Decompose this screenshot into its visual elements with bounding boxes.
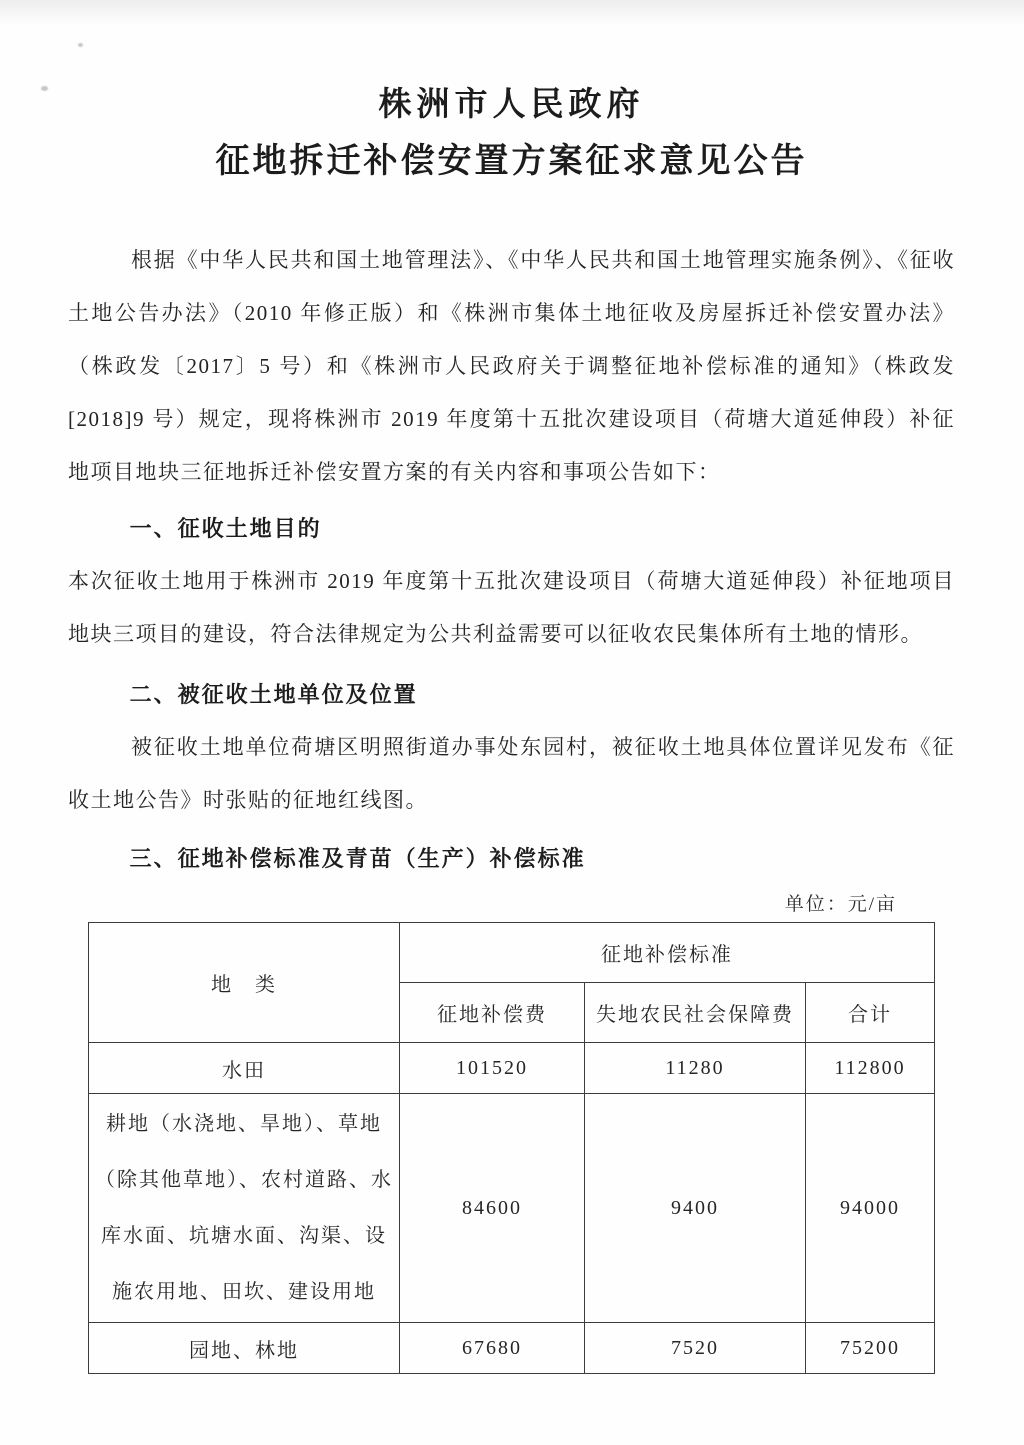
section3-heading: 三、征地补偿标准及青苗（生产）补偿标准 bbox=[68, 843, 955, 875]
header-col-total: 合计 bbox=[806, 983, 935, 1043]
table-row: 水田 101520 11280 112800 bbox=[89, 1043, 935, 1094]
header-group-label: 征地补偿标准 bbox=[400, 923, 935, 983]
section2-heading: 二、被征收土地单位及位置 bbox=[68, 679, 955, 711]
table-row: 耕地（水浇地、旱地）、草地（除其他草地）、农村道路、水库水面、坑塘水面、沟渠、设… bbox=[89, 1094, 935, 1323]
cell-land-type: 园地、林地 bbox=[89, 1323, 400, 1374]
cell-comp: 67680 bbox=[400, 1323, 585, 1374]
section1-heading: 一、征收土地目的 bbox=[68, 513, 955, 545]
cell-land-type: 耕地（水浇地、旱地）、草地（除其他草地）、农村道路、水库水面、坑塘水面、沟渠、设… bbox=[89, 1094, 400, 1323]
cell-total: 75200 bbox=[806, 1323, 935, 1374]
cell-total: 94000 bbox=[806, 1094, 935, 1323]
scan-shade bbox=[0, 0, 1024, 26]
doc-title-line1: 株洲市人民政府 bbox=[68, 82, 955, 128]
scan-speck bbox=[78, 43, 83, 47]
header-col-comp: 征地补偿费 bbox=[400, 983, 585, 1043]
cell-land-type: 水田 bbox=[89, 1043, 400, 1094]
section1-body: 本次征收土地用于株洲市 2019 年度第十五批次建设项目（荷塘大道延伸段）补征地… bbox=[68, 555, 955, 661]
cell-social: 9400 bbox=[585, 1094, 806, 1323]
table-row: 园地、林地 67680 7520 75200 bbox=[89, 1323, 935, 1374]
cell-total: 112800 bbox=[806, 1043, 935, 1094]
cell-comp: 84600 bbox=[400, 1094, 585, 1323]
cell-comp: 101520 bbox=[400, 1043, 585, 1094]
cell-social: 11280 bbox=[585, 1043, 806, 1094]
cell-social: 7520 bbox=[585, 1323, 806, 1374]
header-land-type: 地 类 bbox=[89, 923, 400, 1043]
compensation-table: 地 类 征地补偿标准 征地补偿费 失地农民社会保障费 合计 水田 101520 … bbox=[88, 922, 935, 1374]
document-page: 株洲市人民政府 征地拆迁补偿安置方案征求意见公告 根据《中华人民共和国土地管理法… bbox=[0, 0, 1024, 1445]
intro-paragraph: 根据《中华人民共和国土地管理法》、《中华人民共和国土地管理实施条例》、《征收土地… bbox=[68, 234, 955, 499]
doc-title-line2: 征地拆迁补偿安置方案征求意见公告 bbox=[68, 136, 955, 188]
table-header-row-1: 地 类 征地补偿标准 bbox=[89, 923, 935, 983]
scan-speck bbox=[41, 86, 48, 91]
section2-body: 被征收土地单位荷塘区明照街道办事处东园村，被征收土地具体位置详见发布《征收土地公… bbox=[68, 721, 955, 827]
header-col-social: 失地农民社会保障费 bbox=[585, 983, 806, 1043]
table-unit-label: 单位：元/亩 bbox=[68, 889, 897, 916]
